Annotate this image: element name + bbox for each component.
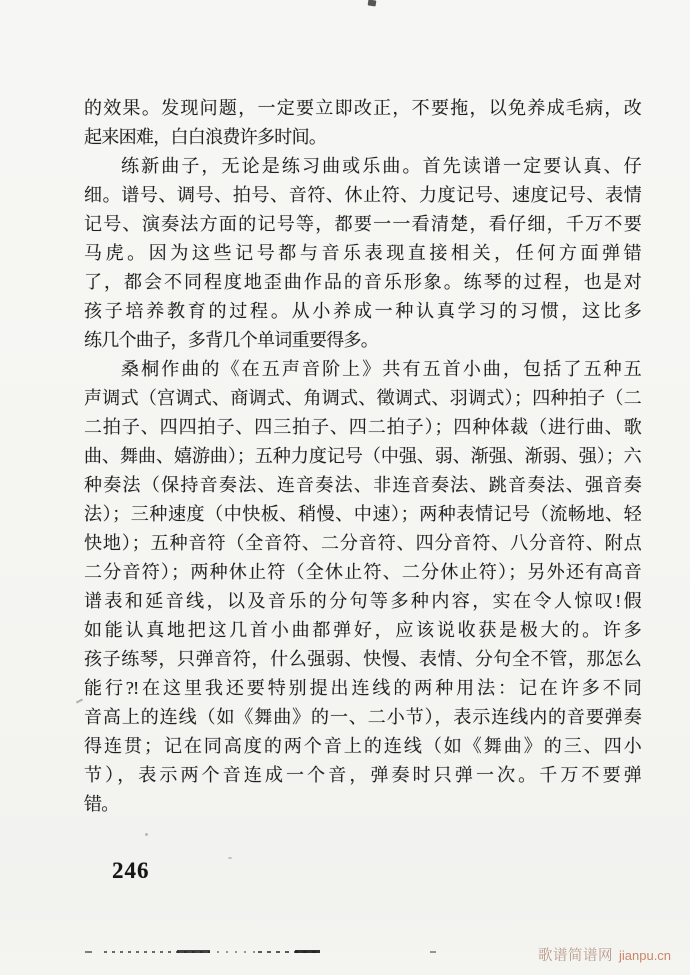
scan-artifact-dash [258, 951, 320, 953]
scan-artifact-dash [217, 951, 255, 953]
text-line: 曲、舞曲、嬉游曲）；五种力度记号（中强、弱、渐强、渐弱、强）；六 [84, 442, 641, 471]
text-line: 记号、演奏法方面的记号等，都要一一看清楚，看仔细，千万不要 [84, 210, 641, 239]
text-line: 细。谱号、调号、拍号、音符、休止符、力度记号、速度记号、表情 [84, 181, 641, 210]
page-number: 246 [112, 858, 150, 884]
text-line: 起来困难，白白浪费许多时间。 [84, 123, 641, 152]
text-block: 的效果。发现问题，一定要立即改正，不要拖，以免养成毛病，改 起来困难，白白浪费许… [84, 94, 641, 819]
text-line: 练新曲子，无论是练习曲或乐曲。首先读谱一定要认真、仔 [84, 152, 641, 181]
text-line: 快地）；五种音符（全音符、二分音符、四分音符、八分音符、附点 [84, 529, 641, 558]
text-line: 二分音符）；两种休止符（全休止符、二分休止符）；另外还有高音 [84, 558, 641, 587]
scan-artifact-speck [145, 833, 148, 836]
text-line: 孩子练琴，只弹音符，什么强弱、快慢、表情、分句全不管，那怎么 [84, 645, 641, 674]
text-line: 得连贯；记在同高度的两个音上的连线（如《舞曲》的三、四小 [84, 732, 641, 761]
scan-artifact-dash [104, 951, 210, 953]
text-line: 如能认真地把这几首小曲都弹好，应该说收获是极大的。许多 [84, 616, 641, 645]
text-line: 声调式（宫调式、商调式、角调式、徵调式、羽调式）；四种拍子（二 [84, 384, 641, 413]
scanned-book-page: 的效果。发现问题，一定要立即改正，不要拖，以免养成毛病，改 起来困难，白白浪费许… [0, 0, 690, 975]
text-line: 练几个曲子，多背几个单词重要得多。 [84, 326, 641, 355]
text-line: 节），表示两个音连成一个音，弹奏时只弹一次。千万不要弹 [84, 761, 641, 790]
scan-artifact-dash [177, 950, 210, 953]
text-line: 能行?!在这里我还要特别提出连线的两种用法：记在许多不同 [84, 674, 641, 703]
watermark-site-name: 歌谱简谱网 [538, 944, 613, 965]
watermark-site-url: jianpu.cn [619, 948, 671, 963]
text-line: 法）；三种速度（中快板、稍慢、中速）；两种表情记号（流畅地、轻 [84, 500, 641, 529]
scan-artifact-dash [85, 951, 92, 953]
text-line: 二拍子、四四拍子、四三拍子、四二拍子）；四种体裁（进行曲、歌 [84, 413, 641, 442]
text-line: 谱表和延音线，以及音乐的分句等多种内容，实在令人惊叹!假 [84, 587, 641, 616]
text-line: 桑桐作曲的《在五声音阶上》共有五首小曲，包括了五种五 [84, 355, 641, 384]
scan-artifact-dash [295, 950, 320, 953]
text-line: 错。 [84, 790, 641, 819]
text-line: 了，都会不同程度地歪曲作品的音乐形象。练琴的过程，也是对 [84, 268, 641, 297]
scan-artifact-top [368, 0, 377, 7]
scan-artifact-tick [76, 698, 83, 703]
text-line: 音高上的连线（如《舞曲》的一、二小节），表示连线内的音要弹奏 [84, 703, 641, 732]
text-line: 种奏法（保持音奏法、连音奏法、非连音奏法、跳音奏法、强音奏 [84, 471, 641, 500]
text-line: 的效果。发现问题，一定要立即改正，不要拖，以免养成毛病，改 [84, 94, 641, 123]
text-line: 马虎。因为这些记号都与音乐表现直接相关，任何方面弹错 [84, 239, 641, 268]
text-line: 孩子培养教育的过程。从小养成一种认真学习的习惯，这比多 [84, 297, 641, 326]
watermark: 歌谱简谱网 jianpu.cn [538, 944, 671, 965]
scan-artifact-dash [430, 951, 436, 953]
scan-artifact-speck [228, 857, 232, 859]
